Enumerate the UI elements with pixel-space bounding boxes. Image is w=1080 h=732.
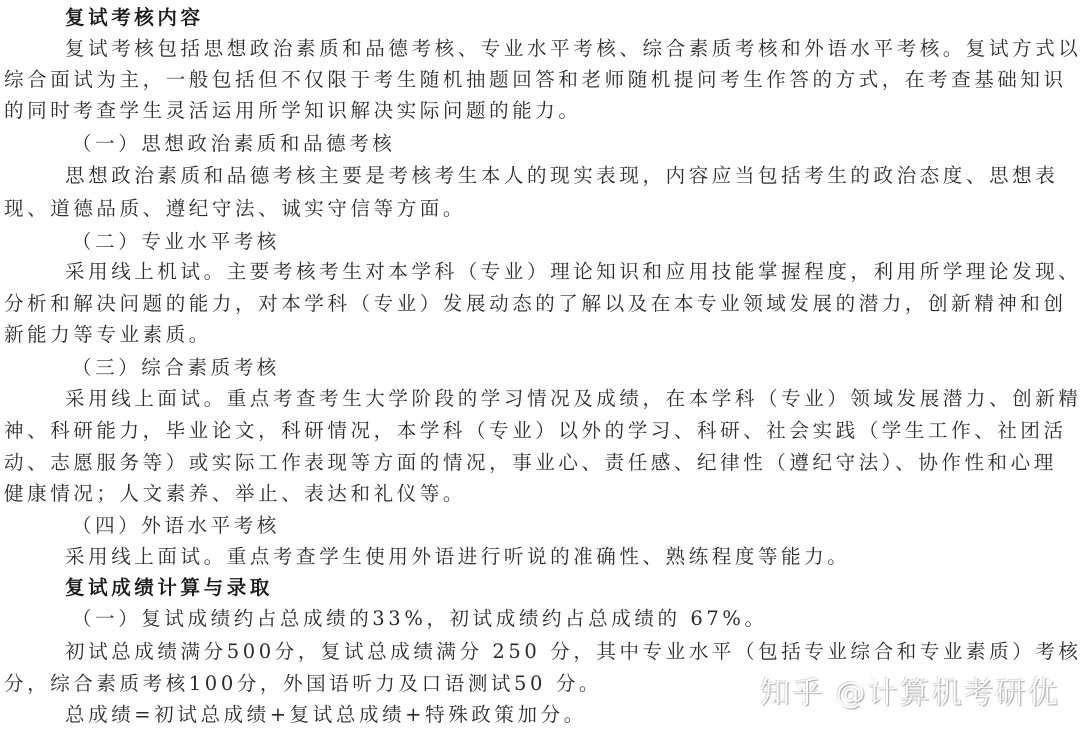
paragraph-line: 采用线上面试。重点考查考生大学阶段的学习情况及成绩，在本学科（专业）领域发展潜力…	[65, 383, 1080, 414]
paragraph-line: 复试考核包括思想政治素质和品德考核、专业水平考核、综合素质考核和外语水平考核。复…	[65, 33, 1080, 64]
paragraph-line: 神、科研能力，毕业论文，科研情况，本学科（专业）以外的学习、科研、社会实践（学生…	[4, 415, 1067, 446]
paragraph-line: 动、志愿服务等）或实际工作表现等方面的情况，事业心、责任感、纪律性（遵纪守法）、…	[4, 447, 1057, 478]
subheading-comprehensive-quality: （三）综合素质考核	[72, 352, 280, 383]
paragraph-line: 采用线上机试。主要考核考生对本学科（专业）理论知识和应用技能掌握程度，利用所学理…	[65, 256, 1080, 287]
section-heading-score-calculation: 复试成绩计算与录取	[65, 572, 273, 603]
subheading-political-moral: （一）思想政治素质和品德考核	[72, 128, 395, 159]
paragraph-line: 分析和解决问题的能力，对本学科（专业）发展动态的了解以及在本专业领域发展的潜力，…	[4, 288, 1067, 319]
paragraph-line: 新能力等专业素质。	[4, 319, 212, 350]
paragraph-line: 采用线上面试。重点考查学生使用外语进行听说的准确性、熟练程度等能力。	[65, 541, 850, 572]
subheading-professional-level: （二）专业水平考核	[72, 226, 280, 257]
paragraph-line: （一）复试成绩约占总成绩的33%，初试成绩约占总成绩的 67%。	[72, 603, 768, 634]
paragraph-line: 健康情况；人文素养、举止、表达和礼仪等。	[4, 478, 466, 509]
paragraph-line: 思想政治素质和品德考核主要是考核考生本人的现实表现，内容应当包括考生的政治态度、…	[65, 160, 1058, 191]
zhihu-watermark: 知乎 @计算机考研优	[760, 668, 1060, 712]
subheading-foreign-language: （四）外语水平考核	[72, 510, 280, 541]
paragraph-line: 分，综合素质考核100分，外国语听力及口语测试50 分。	[4, 668, 602, 699]
paragraph-line: 综合面试为主，一般包括但不仅限于考生随机抽题回答和老师随机提问考生作答的方式，在…	[4, 64, 1067, 95]
paragraph-line: 总成绩=初试总成绩+复试总成绩+特殊政策加分。	[65, 699, 587, 730]
paragraph-line: 的同时考查学生灵活运用所学知识解决实际问题的能力。	[4, 95, 582, 126]
section-heading-retest-content: 复试考核内容	[65, 2, 204, 33]
paragraph-line: 现、道德品质、遵纪守法、诚实守信等方面。	[4, 193, 466, 224]
paragraph-line: 初试总成绩满分500分，复试总成绩满分 250 分，其中专业水平（包括专业综合和…	[65, 636, 1080, 667]
